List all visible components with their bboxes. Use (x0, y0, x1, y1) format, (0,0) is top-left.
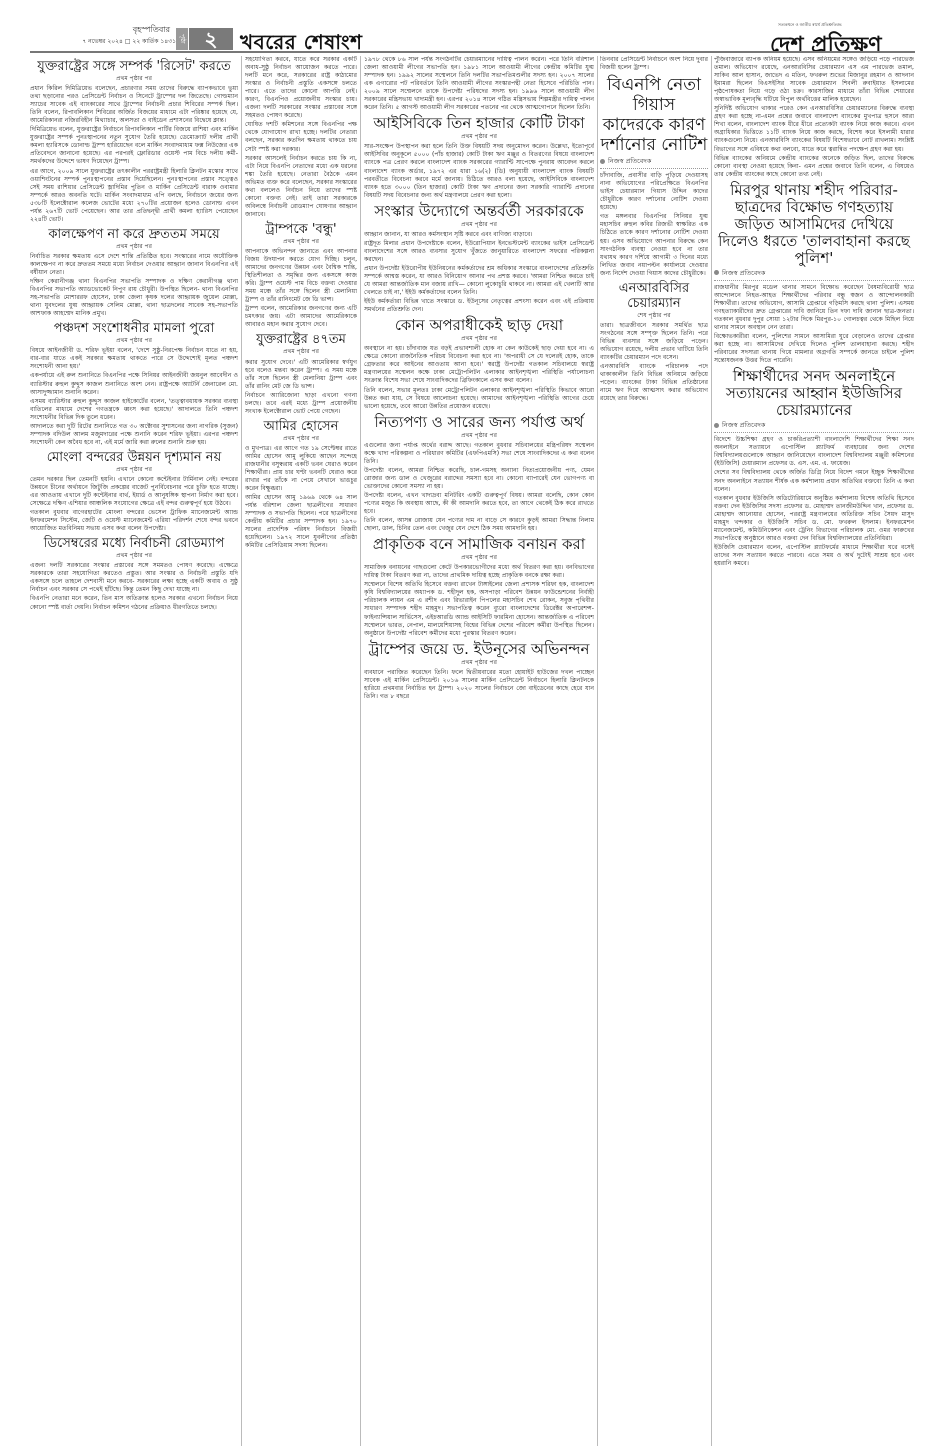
headline[interactable]: কালক্ষেপণ না করে দ্রুততম সময়ে (30, 227, 238, 242)
paragraph: চাঁদাবাজি, প্রবাসীর বাড়ি পুড়িয়ে দেওয়… (600, 172, 708, 212)
paragraph: রাষ্ট্রদূত মিলার প্রধান উপদেষ্টাকে বলেন,… (364, 240, 594, 264)
byline-text: নিজস্ব প্রতিবেদক (608, 157, 651, 165)
column-divider (597, 56, 598, 1446)
headline[interactable]: কোন অপরাধীকেই ছাড় দেয়া (364, 317, 594, 334)
article-yunus-congrats[interactable]: ট্রাম্পের জয়ে ড. ইউনূসের অভিনন্দন প্রথম… (364, 641, 594, 701)
masthead-date: ৭ নভেম্বর ২০২৪ □ ২২ কার্তিক ১৪৩১ (36, 36, 176, 47)
paragraph: সামাজিক বনায়নের গাছগুলো কেটে উপকারভোগীদ… (364, 564, 594, 580)
article-roadmap[interactable]: ডিসেম্বরের মধ্যে নির্বাচনী রোডম্যাপ প্রথ… (30, 536, 238, 611)
article-nrbc-continued[interactable]: পুঁজিবাজারে ব্যাপক অনিয়ম হয়েছে। এসব অন… (714, 56, 914, 179)
paragraph: সার-সংক্ষেপ উপস্থাপন করা হলে তিনি উক্ত ব… (364, 143, 594, 199)
page-number: ২ (189, 28, 233, 50)
article-amendment[interactable]: পঞ্চদশ সংশোধনীর মামলা পুরো প্রথম পৃষ্ঠার… (30, 321, 238, 447)
masthead: বৃহস্পতিবার ৭ নভেম্বর ২০২৪ □ ২২ কার্তিক … (0, 0, 945, 48)
article-ugc[interactable]: শিক্ষার্থীদের সনদ অনলাইনে সত্যায়নের আহ্… (714, 368, 914, 568)
paragraph: বিভিন্ন ব্যাংকের অনিয়মে কেন্দ্রীয় ব্যা… (714, 155, 914, 179)
paragraph: সহযোগিতা করবে, যাতে করে সরকার একটি অবাধ-… (245, 56, 357, 120)
byline-text: নিজস্ব প্রতিবেদক (722, 269, 765, 277)
paragraph: একপর্যায়ে এই রুল শুনানিতে বিএনপির পক্ষে… (30, 372, 238, 396)
column-divider (360, 56, 361, 1446)
article-us-47[interactable]: যুক্তরাষ্ট্রের ৪৭তম প্রথম পৃষ্ঠার পর করা… (245, 332, 357, 415)
column-divider (241, 56, 242, 1446)
article-icb[interactable]: আইসিবিকে তিন হাজার কোটি টাকা প্রথম পৃষ্ঠ… (364, 115, 594, 199)
jump-label: প্রথম পৃষ্ঠার পর (30, 243, 238, 251)
jump-label: প্রথম পৃষ্ঠার পর (364, 554, 594, 562)
paragraph: বিষয়ে আইনজীবী ড. শরিফ ভূইয়া বলেন, 'দেশ… (30, 347, 238, 371)
headline[interactable]: শিক্ষার্থীদের সনদ অনলাইনে সত্যায়নের আহ্… (714, 368, 914, 419)
byline: নিজস্ব প্রতিবেদক (600, 157, 708, 169)
headline[interactable]: যুক্তরাষ্ট্রের সঙ্গে সম্পর্ক 'রিসেট' করত… (30, 59, 238, 74)
paragraph: ঘোষিত দশটি কমিশনের সঙ্গে বিএনপির পক্ষ থে… (245, 121, 357, 153)
article-mongla[interactable]: মোংলা বন্দরের উন্নয়ন দৃশ্যমান নয় প্রথম… (30, 450, 238, 533)
jump-label: প্রথম পৃষ্ঠার পর (364, 432, 594, 440)
headline[interactable]: আমির হোসেন (245, 419, 357, 434)
paragraph: রাজধানীর মিরপুর মডেল থানার সামনে বিক্ষোভ… (714, 284, 914, 332)
paragraph: গত মঙ্গলবার বিএনপির সিনিয়র যুগ্ম মহাসচি… (600, 213, 708, 277)
paragraph: ও মুখপাত্র। এর আগে গত ১৯ সেপ্টেম্বর রাতে… (245, 445, 357, 493)
paragraph: আহ্বান জানান, যা আরও কর্মসংস্থান সৃষ্টি … (364, 231, 594, 239)
article-no-criminal[interactable]: কোন অপরাধীকেই ছাড় দেয়া প্রথম পৃষ্ঠার প… (364, 317, 594, 410)
paragraph: ১৯৭৮ থেকে ৮৬ সাল পর্যন্ত সংগঠনটির চেয়ার… (364, 56, 594, 112)
byline: নিজস্ব প্রতিবেদক (714, 269, 914, 281)
column-divider (711, 56, 712, 1446)
paragraph: সম্মেলনে বিশেষ অতিথি হিসেবে বক্তব্য রাখে… (364, 581, 594, 637)
jump-label: প্রথম পৃষ্ঠার পর (364, 221, 594, 229)
paragraph: আদালতে করা দুটি রিটের শুনানিতে গত ৩০ অক্… (30, 423, 238, 447)
paragraph: এগুলোর জন্য পর্যাপ্ত অর্থের বরাদ্দ আছে। … (364, 442, 594, 466)
paragraph: সরকার আসলেই নির্বাচন করতে চায় কি না, এট… (245, 155, 357, 219)
jump-label: প্রথম পৃষ্ঠার পর (30, 552, 238, 560)
bullet-icon (600, 159, 605, 164)
paragraph: ব্যবধানে পরাজিত করেছেন তিনি। ফলে দ্বিতীয… (364, 669, 594, 701)
paragraph: আমির হোসেন আমু ১৯৬৯ থেকে ৬৪ সাল পর্যন্ত … (245, 494, 357, 550)
headline[interactable]: মোংলা বন্দরের উন্নয়ন দৃশ্যমান নয় (30, 450, 238, 465)
headline[interactable]: মিরপুর থানায় শহীদ পরিবার-ছাত্রদের বিক্ষ… (714, 182, 914, 267)
paragraph: নির্বাচিত সরকার ক্ষমতায় এসে দেশে শান্তি… (30, 253, 238, 277)
paragraph: অবস্থানে না হয়। চাঁদাবাজ যত বড়ই প্রভাব… (364, 345, 594, 385)
masthead-rule (30, 51, 915, 53)
column-3: ১৯৭৮ থেকে ৮৬ সাল পর্যন্ত সংগঠনটির চেয়ার… (364, 56, 594, 1446)
paragraph: তিনি বলেন, সভার মূলতঃ ঢাকা মেট্রোপলিটন এ… (364, 387, 594, 411)
headline[interactable]: এনআরবিসির চেয়ারম্যান (600, 281, 708, 311)
paragraph: করার সুযোগ দেবে।' এটি আমেরিকার স্বর্ণযুগ… (245, 359, 357, 391)
article-nrbc[interactable]: এনআরবিসির চেয়ারম্যান শেষ পৃষ্ঠার পর তার… (600, 281, 708, 404)
paragraph: এর আগে, ২০০৯ সালে যুক্তরাষ্ট্রের তৎকালীন… (30, 168, 238, 224)
column-4: তিনবার প্রেসিডেন্ট নির্বাচনে অংশ নিয়ে দ… (600, 56, 708, 1446)
paragraph: প্রধান কিরিল দিমিত্রিয়েভ বলেছেন, প্রচার… (30, 85, 238, 125)
article-roadmap-continued[interactable]: সহযোগিতা করবে, যাতে করে সরকার একটি অবাধ-… (245, 56, 357, 219)
headline[interactable]: আইসিবিকে তিন হাজার কোটি টাকা (364, 115, 594, 132)
article-kalkshepon[interactable]: কালক্ষেপণ না করে দ্রুততম সময়ে প্রথম পৃষ… (30, 227, 238, 318)
headline[interactable]: প্রাকৃতিক বনে সামাজিক বনায়ন করা (364, 536, 594, 553)
jump-label: প্রথম পৃষ্ঠার পর (245, 348, 357, 356)
column-1: যুক্তরাষ্ট্রের সঙ্গে সম্পর্ক 'রিসেট' করত… (30, 56, 238, 1446)
article-amir-hossain-continued[interactable]: ১৯৭৮ থেকে ৮৬ সাল পর্যন্ত সংগঠনটির চেয়ার… (364, 56, 594, 112)
jump-label: প্রথম পৃষ্ঠার পর (245, 435, 357, 443)
jump-label: প্রথম পৃষ্ঠার পর (30, 466, 238, 474)
byline: নিজস্ব প্রতিবেদক (714, 421, 914, 433)
paragraph: এজন্য দলটি সরকারের সংস্কার প্রস্তাবের সঙ… (30, 562, 238, 594)
headline[interactable]: নিত্যপণ্য ও সারের জন্য পর্যাপ্ত অর্থ (364, 414, 594, 431)
headline[interactable]: যুক্তরাষ্ট্রের ৪৭তম (245, 332, 357, 347)
paragraph: ইইউ কর্মকর্তারা বিভিন্ন খাতে সংস্কারে ড.… (364, 298, 594, 314)
paragraph: আপনাকে অভিনন্দন জানাতে এবং আপনার বিজয় উ… (245, 248, 357, 304)
paragraph: তিনি বলেন, আসন্ন রোজায় যেন পণ্যের দাম ন… (364, 517, 594, 533)
paragraph: এনআরবিসি ব্যাংকে পরিচালক পদে থাকাকালীন ত… (600, 363, 708, 403)
byline-text: নিজস্ব প্রতিবেদক (722, 421, 765, 429)
bullet-icon (714, 270, 719, 275)
article-trump-bondhu[interactable]: ট্রাম্পকে 'বন্ধু' প্রথম পৃষ্ঠার পর আপনাক… (245, 222, 357, 330)
paragraph: ইউজিসি চেয়ারম্যান বলেন, এপোস্টিল প্ল্যা… (714, 544, 914, 568)
paragraph: দেশের সব বিশ্ববিদ্যালয় থেকে অর্জিত ডিগ্… (714, 469, 914, 493)
article-essentials[interactable]: নিত্যপণ্য ও সারের জন্য পর্যাপ্ত অর্থ প্র… (364, 414, 594, 534)
paragraph: সুনির্দিষ্ট অভিযোগ থাকার পরেও কেন এনআরবি… (714, 105, 914, 153)
column-2: সহযোগিতা করবে, যাতে করে সরকার একটি অবাধ-… (245, 56, 357, 1446)
bullet-icon (714, 423, 719, 428)
paragraph: গতকাল বুধবার বাগেরহাটের মোংলা বন্দরের ভে… (30, 509, 238, 533)
jump-label: প্রথম পৃষ্ঠার পর (364, 659, 594, 667)
paragraph: দক্ষিণ কেরানীগঞ্জ থানা বিএনপির সভাপতি সম… (30, 278, 238, 318)
paragraph: প্রধান উপদেষ্টা ইউরোপীয় ইউনিয়নের কর্মক… (364, 265, 594, 297)
paragraph: এসময় ব্যারিস্টার রুহুল কুদ্দুস কাজল হাই… (30, 398, 238, 422)
headline[interactable]: ডিসেম্বরের মধ্যে নির্বাচনী রোডম্যাপ (30, 536, 238, 551)
jump-label: প্রথম পৃষ্ঠার পর (364, 335, 594, 343)
jump-label: প্রথম পৃষ্ঠার পর (245, 238, 357, 246)
jump-label: প্রথম পৃষ্ঠার পর (30, 75, 238, 83)
paragraph: নির্বাচনে অ্যারিজোনা ছাড়া এখনো গণনা চলছ… (245, 392, 357, 416)
paragraph: দিমিত্রিয়েভ বলেন, যুক্তরাষ্ট্রের নির্বা… (30, 126, 238, 166)
headline[interactable]: পঞ্চদশ সংশোধনীর মামলা পুরো (30, 321, 238, 336)
paragraph: তেমন দরকার ছিল তেমনটি হয়নি। এখানে কোনো … (30, 476, 238, 508)
page-label: পৃষ্ঠা (176, 28, 188, 50)
paragraph: তারা। ছাত্রজীবনে সরকার সমর্থিত ছাত্র সংগ… (600, 322, 708, 362)
article-us-reset[interactable]: যুক্তরাষ্ট্রের সঙ্গে সম্পর্ক 'রিসেট' করত… (30, 59, 238, 224)
headline[interactable]: বিএনপি নেতা গিয়াস কাদেরকে কারণ দর্শানোর… (600, 75, 708, 155)
paragraph: বিক্ষোভকারীরা বলেন, পুলিশের সামনে আসামির… (714, 333, 914, 365)
jump-label: প্রথম পৃষ্ঠার পর (364, 133, 594, 141)
headline[interactable]: সংস্কার উদ্যোগে অন্তর্বর্তী সরকারকে (364, 203, 594, 220)
article-reform[interactable]: সংস্কার উদ্যোগে অন্তর্বর্তী সরকারকে প্রথ… (364, 203, 594, 315)
headline[interactable]: ট্রাম্পকে 'বন্ধু' (245, 222, 357, 237)
paragraph: ট্রাম্প বলেন, আমেরিকার জনগণের জন্য এটি চ… (245, 305, 357, 329)
article-gias[interactable]: বিএনপি নেতা গিয়াস কাদেরকে কারণ দর্শানোর… (600, 75, 708, 278)
headline[interactable]: ট্রাম্পের জয়ে ড. ইউনূসের অভিনন্দন (364, 641, 594, 658)
article-mirpur[interactable]: মিরপুর থানায় শহীদ পরিবার-ছাত্রদের বিক্ষ… (714, 182, 914, 366)
paragraph: তিনবার প্রেসিডেন্ট নির্বাচনে অংশ নিয়ে দ… (600, 56, 708, 72)
paragraph: বিএনপি নেতারা মনে করেন, তিন মাস অতিক্রান… (30, 595, 238, 611)
jump-label: প্রথম পৃষ্ঠার পর (30, 337, 238, 345)
paragraph: বিদেশে উচ্চশিক্ষা গ্রহণ ও চাকরিপ্রত্যাশী… (714, 436, 914, 468)
paragraph: গতকাল বুধবার ইউজিসি অডিটোরিয়ামে অনুষ্ঠি… (714, 495, 914, 543)
jump-label: শেষ পৃষ্ঠার পর (600, 312, 708, 320)
paragraph: উপদেষ্টা বলেন, আমরা নিশ্চিত করেছি, চাল-গ… (364, 467, 594, 491)
paragraph: পুঁজিবাজারে ব্যাপক অনিয়ম হয়েছে। এসব অন… (714, 56, 914, 104)
paragraph: উপদেষ্টা বলেন, এখন খাদ্যদ্রব্য মনিটরিং এ… (364, 492, 594, 516)
column-5: পুঁজিবাজারে ব্যাপক অনিয়ম হয়েছে। এসব অন… (714, 56, 914, 1446)
article-forest[interactable]: প্রাকৃতিক বনে সামাজিক বনায়ন করা প্রথম প… (364, 536, 594, 637)
article-amir-hossain[interactable]: আমির হোসেন প্রথম পৃষ্ঠার পর ও মুখপাত্র। … (245, 419, 357, 551)
